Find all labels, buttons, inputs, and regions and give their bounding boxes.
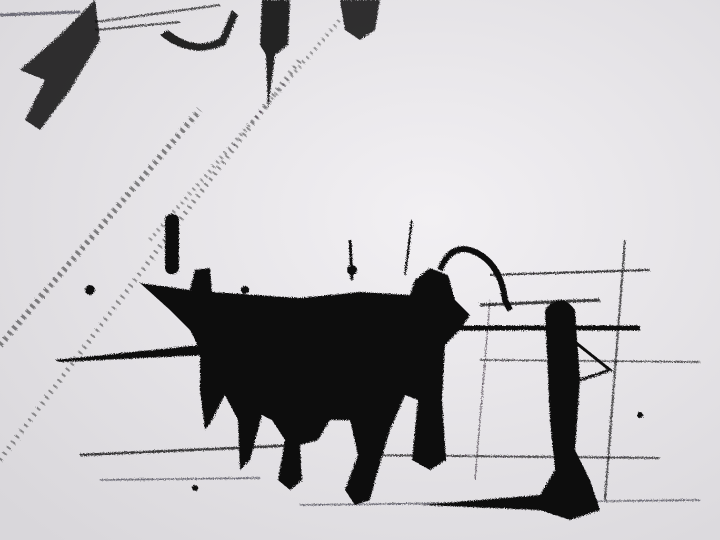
small-vertical-mark — [165, 214, 179, 274]
ink-painting-canvas — [0, 0, 720, 540]
